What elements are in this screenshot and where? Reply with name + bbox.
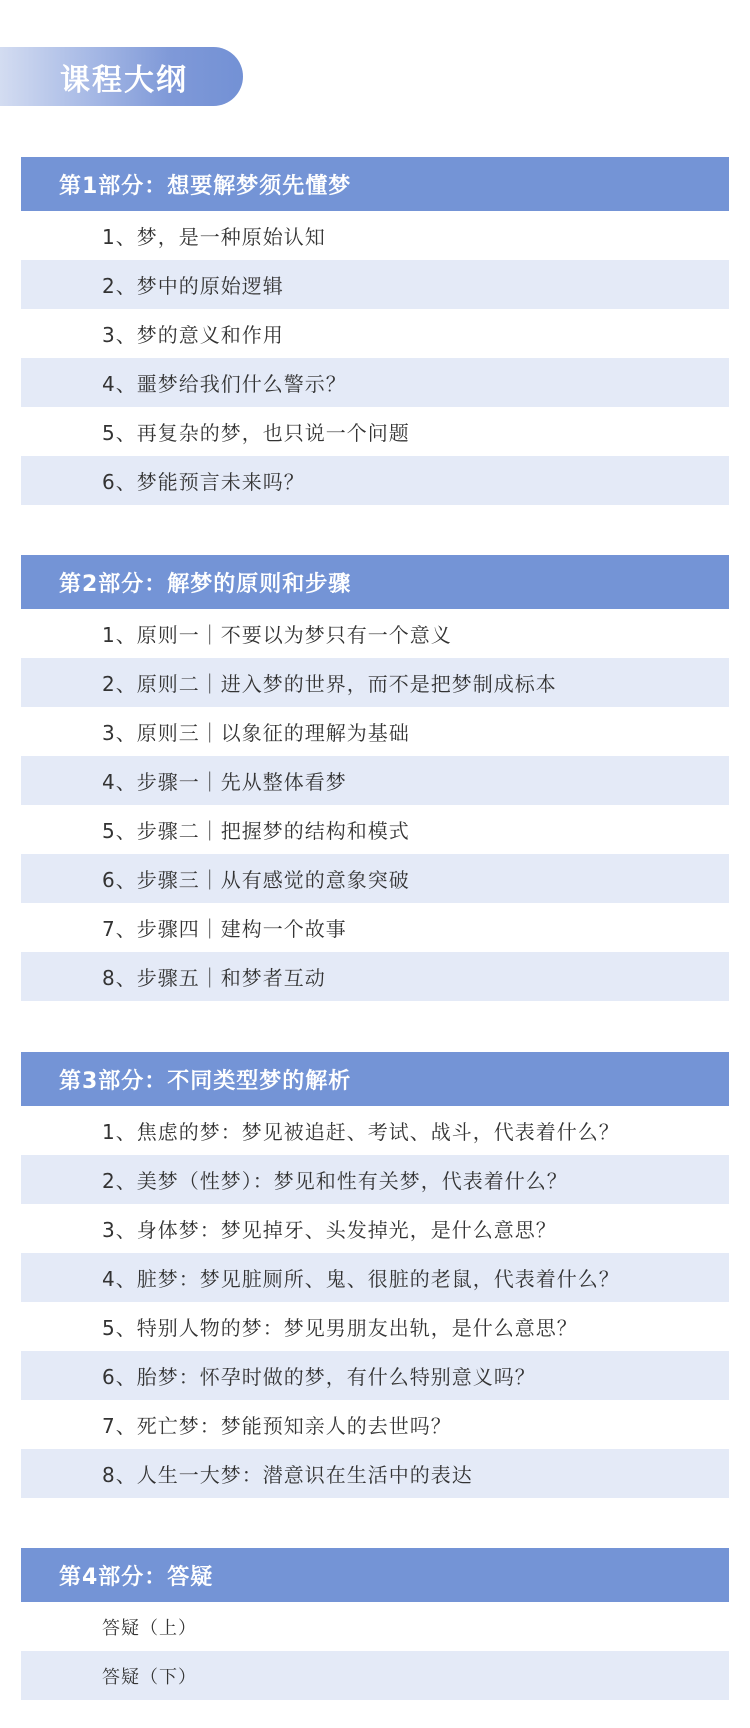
outline-item-label: 3、身体梦：梦见掉牙、头发掉光，是什么意思？ <box>102 1214 557 1243</box>
title-banner: 课程大纲 <box>0 47 243 106</box>
outline-item-label: 2、原则二｜进入梦的世界，而不是把梦制成标本 <box>102 668 557 697</box>
outline-item-label: 答疑（上） <box>102 1614 197 1640</box>
outline-item-label: 7、步骤四｜建构一个故事 <box>102 913 347 942</box>
outline-item[interactable]: 5、步骤二｜把握梦的结构和模式 <box>21 805 729 854</box>
outline-item-label: 2、梦中的原始逻辑 <box>102 270 284 299</box>
section-header: 第4部分：答疑 <box>21 1548 729 1602</box>
outline-item[interactable]: 3、身体梦：梦见掉牙、头发掉光，是什么意思？ <box>21 1204 729 1253</box>
outline-item-label: 4、步骤一｜先从整体看梦 <box>102 766 347 795</box>
outline-item-label: 6、步骤三｜从有感觉的意象突破 <box>102 864 410 893</box>
section-header: 第1部分：想要解梦须先懂梦 <box>21 157 729 211</box>
outline-item[interactable]: 2、美梦（性梦）：梦见和性有关梦，代表着什么？ <box>21 1155 729 1204</box>
section-4: 第4部分：答疑 答疑（上） 答疑（下） <box>21 1548 729 1700</box>
outline-item[interactable]: 4、噩梦给我们什么警示？ <box>21 358 729 407</box>
section-1: 第1部分：想要解梦须先懂梦 1、梦，是一种原始认知 2、梦中的原始逻辑 3、梦的… <box>21 157 729 505</box>
outline-item[interactable]: 6、梦能预言未来吗？ <box>21 456 729 505</box>
section-title: 第4部分：答疑 <box>59 1560 213 1591</box>
outline-item[interactable]: 1、梦，是一种原始认知 <box>21 211 729 260</box>
outline-item[interactable]: 8、步骤五｜和梦者互动 <box>21 952 729 1001</box>
section-2: 第2部分：解梦的原则和步骤 1、原则一｜不要以为梦只有一个意义 2、原则二｜进入… <box>21 555 729 1001</box>
section-header: 第2部分：解梦的原则和步骤 <box>21 555 729 609</box>
outline-item-label: 3、梦的意义和作用 <box>102 319 284 348</box>
outline-item-label: 8、步骤五｜和梦者互动 <box>102 962 326 991</box>
outline-item-label: 5、特别人物的梦：梦见男朋友出轨，是什么意思？ <box>102 1312 578 1341</box>
outline-item-label: 答疑（下） <box>102 1663 197 1689</box>
outline-item[interactable]: 1、原则一｜不要以为梦只有一个意义 <box>21 609 729 658</box>
outline-item-label: 6、胎梦：怀孕时做的梦，有什么特别意义吗？ <box>102 1361 536 1390</box>
outline-item[interactable]: 7、死亡梦：梦能预知亲人的去世吗？ <box>21 1400 729 1449</box>
course-outline-page: 课程大纲 第1部分：想要解梦须先懂梦 1、梦，是一种原始认知 2、梦中的原始逻辑… <box>0 0 750 1728</box>
section-3: 第3部分：不同类型梦的解析 1、焦虑的梦：梦见被追赶、考试、战斗，代表着什么？ … <box>21 1052 729 1498</box>
outline-item[interactable]: 5、特别人物的梦：梦见男朋友出轨，是什么意思？ <box>21 1302 729 1351</box>
outline-item[interactable]: 7、步骤四｜建构一个故事 <box>21 903 729 952</box>
outline-item-label: 1、焦虑的梦：梦见被追赶、考试、战斗，代表着什么？ <box>102 1116 620 1145</box>
page-title: 课程大纲 <box>60 55 188 99</box>
outline-item[interactable]: 2、梦中的原始逻辑 <box>21 260 729 309</box>
outline-item-label: 5、再复杂的梦，也只说一个问题 <box>102 417 410 446</box>
section-title: 第1部分：想要解梦须先懂梦 <box>59 169 351 200</box>
outline-item[interactable]: 6、步骤三｜从有感觉的意象突破 <box>21 854 729 903</box>
section-title: 第3部分：不同类型梦的解析 <box>59 1064 351 1095</box>
outline-item[interactable]: 6、胎梦：怀孕时做的梦，有什么特别意义吗？ <box>21 1351 729 1400</box>
outline-item[interactable]: 3、梦的意义和作用 <box>21 309 729 358</box>
outline-item[interactable]: 4、脏梦：梦见脏厕所、鬼、很脏的老鼠，代表着什么？ <box>21 1253 729 1302</box>
outline-item-label: 6、梦能预言未来吗？ <box>102 466 305 495</box>
outline-item[interactable]: 2、原则二｜进入梦的世界，而不是把梦制成标本 <box>21 658 729 707</box>
outline-item-label: 8、人生一大梦：潜意识在生活中的表达 <box>102 1459 473 1488</box>
outline-item[interactable]: 答疑（下） <box>21 1651 729 1700</box>
outline-item[interactable]: 答疑（上） <box>21 1602 729 1651</box>
outline-item[interactable]: 5、再复杂的梦，也只说一个问题 <box>21 407 729 456</box>
section-title: 第2部分：解梦的原则和步骤 <box>59 567 351 598</box>
outline-item-label: 4、噩梦给我们什么警示？ <box>102 368 347 397</box>
outline-item-label: 2、美梦（性梦）：梦见和性有关梦，代表着什么？ <box>102 1165 568 1194</box>
outline-item[interactable]: 8、人生一大梦：潜意识在生活中的表达 <box>21 1449 729 1498</box>
outline-item-label: 5、步骤二｜把握梦的结构和模式 <box>102 815 410 844</box>
outline-item-label: 4、脏梦：梦见脏厕所、鬼、很脏的老鼠，代表着什么？ <box>102 1263 620 1292</box>
section-header: 第3部分：不同类型梦的解析 <box>21 1052 729 1106</box>
outline-item-label: 1、梦，是一种原始认知 <box>102 221 326 250</box>
outline-item-label: 3、原则三｜以象征的理解为基础 <box>102 717 410 746</box>
outline-item-label: 7、死亡梦：梦能预知亲人的去世吗？ <box>102 1410 452 1439</box>
outline-item[interactable]: 3、原则三｜以象征的理解为基础 <box>21 707 729 756</box>
outline-item-label: 1、原则一｜不要以为梦只有一个意义 <box>102 619 452 648</box>
outline-item[interactable]: 1、焦虑的梦：梦见被追赶、考试、战斗，代表着什么？ <box>21 1106 729 1155</box>
outline-item[interactable]: 4、步骤一｜先从整体看梦 <box>21 756 729 805</box>
